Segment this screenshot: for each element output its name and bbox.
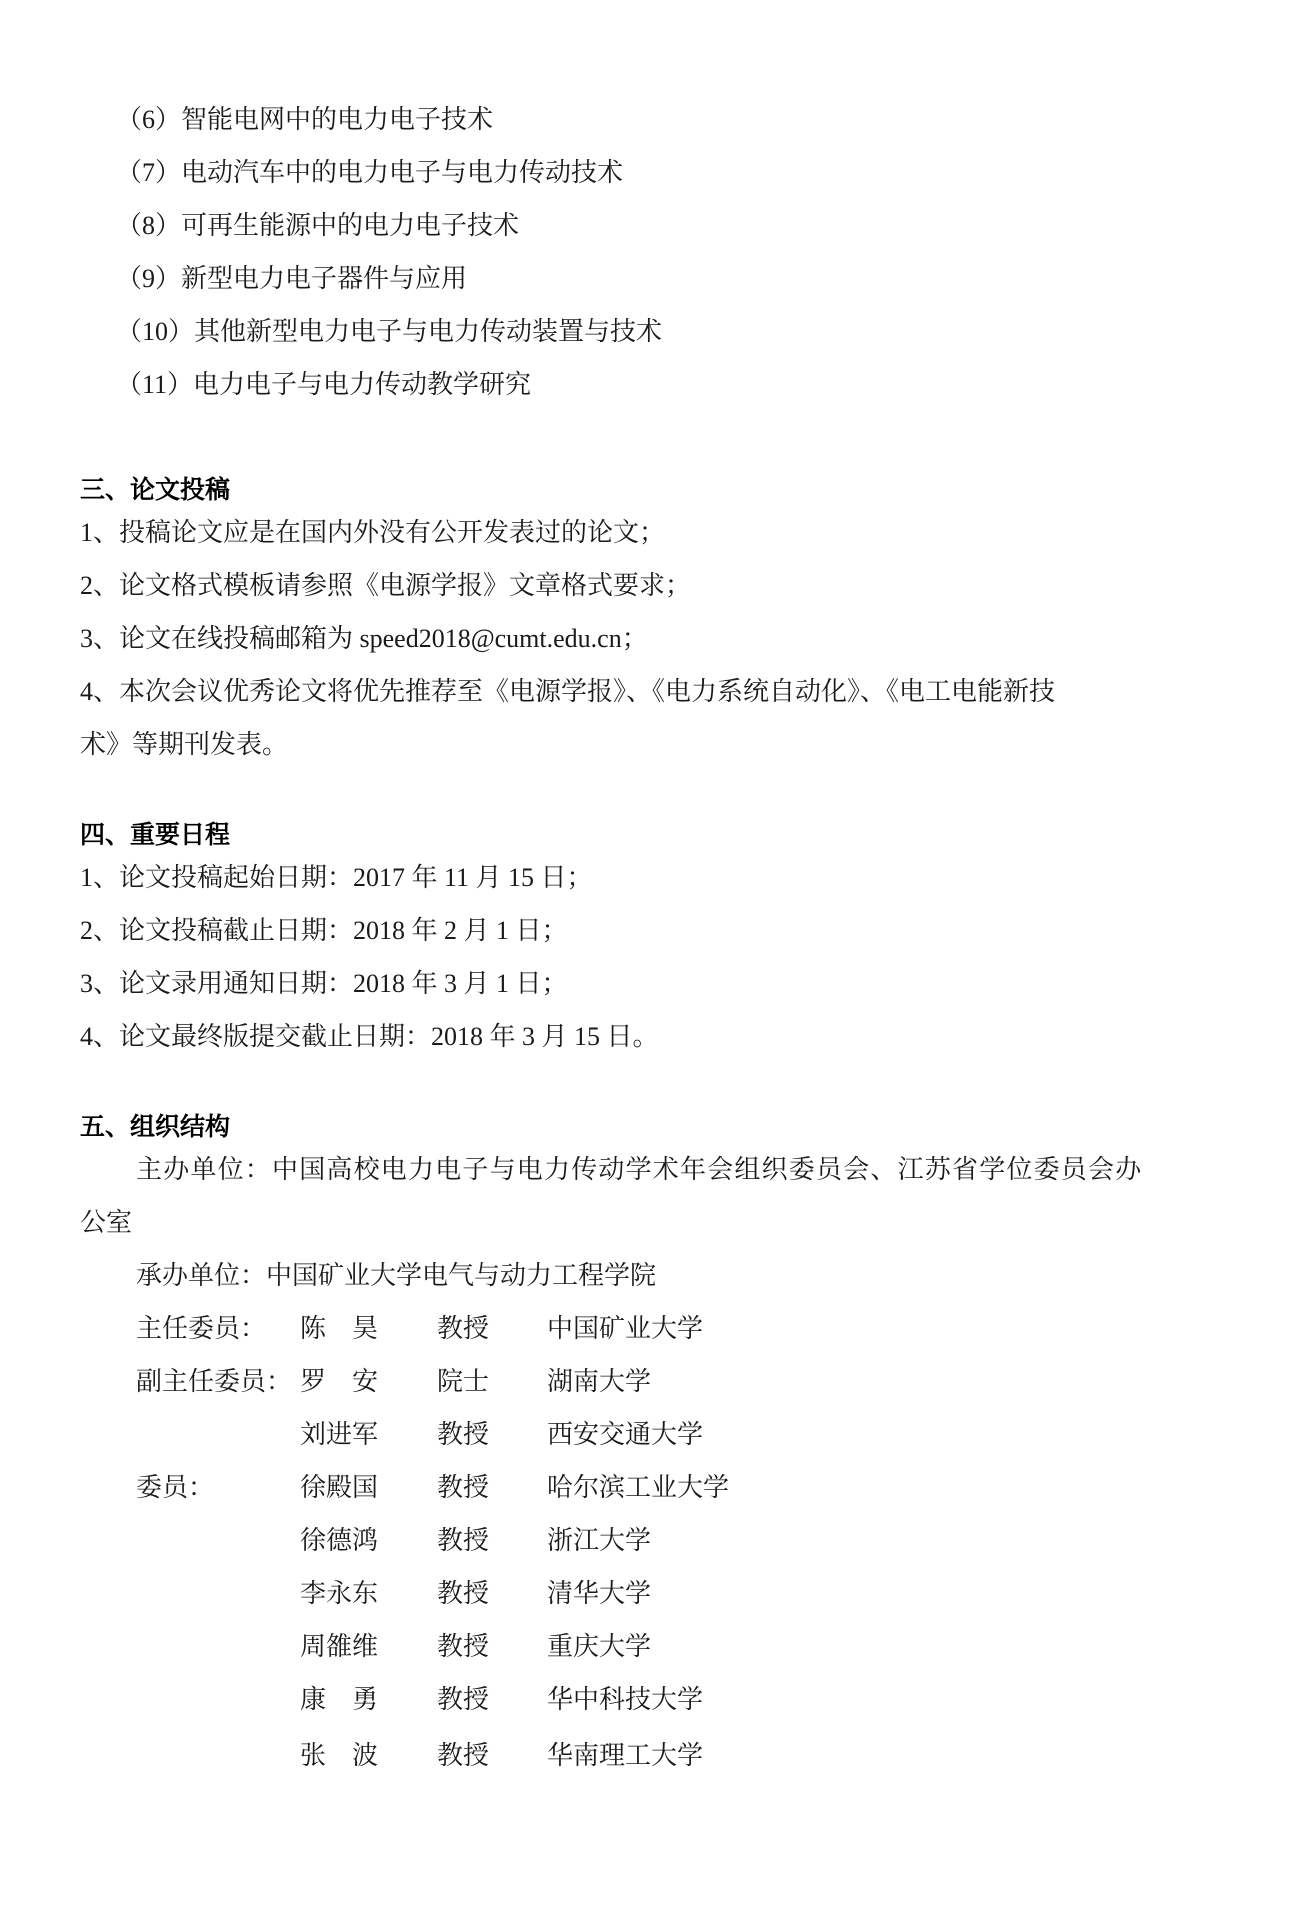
committee-name: 陈 昊 xyxy=(300,1313,378,1345)
section-heading-submission: 三、论文投稿 xyxy=(80,474,230,506)
committee-institution: 哈尔滨工业大学 xyxy=(547,1472,729,1504)
topic-item: （7）电动汽车中的电力电子与电力传动技术 xyxy=(116,157,623,189)
section-heading-organization: 五、组织结构 xyxy=(80,1111,230,1143)
committee-role: 委员： xyxy=(136,1472,214,1504)
committee-role: 主任委员： xyxy=(136,1313,266,1345)
submission-item-continued: 术》等期刊发表。 xyxy=(80,729,288,761)
committee-title: 教授 xyxy=(437,1472,489,1504)
topic-item: （6）智能电网中的电力电子技术 xyxy=(116,104,493,136)
committee-title: 教授 xyxy=(437,1525,489,1557)
section-heading-schedule: 四、重要日程 xyxy=(80,819,230,851)
submission-item: 2、论文格式模板请参照《电源学报》文章格式要求； xyxy=(80,570,691,602)
committee-institution: 华中科技大学 xyxy=(547,1684,703,1716)
committee-title: 教授 xyxy=(437,1631,489,1663)
topic-item: （11）电力电子与电力传动教学研究 xyxy=(116,369,531,401)
committee-name: 徐德鸿 xyxy=(300,1525,378,1557)
committee-institution: 清华大学 xyxy=(547,1578,651,1610)
committee-title: 教授 xyxy=(437,1578,489,1610)
schedule-item: 3、论文录用通知日期：2018 年 3 月 1 日； xyxy=(80,968,568,1000)
committee-institution: 湖南大学 xyxy=(547,1366,651,1398)
host-unit-continued: 公室 xyxy=(80,1207,132,1239)
schedule-item: 4、论文最终版提交截止日期：2018 年 3 月 15 日。 xyxy=(80,1021,659,1053)
committee-institution: 浙江大学 xyxy=(547,1525,651,1557)
committee-name: 徐殿国 xyxy=(300,1472,378,1504)
committee-title: 教授 xyxy=(437,1684,489,1716)
host-unit: 主办单位：中国高校电力电子与电力传动学术年会组织委员会、江苏省学位委员会办 xyxy=(136,1154,1142,1186)
submission-item: 4、本次会议优秀论文将优先推荐至《电源学报》、《电力系统自动化》、《电工电能新技 xyxy=(80,676,1055,708)
committee-title: 院士 xyxy=(437,1366,489,1398)
committee-name: 张 波 xyxy=(300,1740,378,1772)
topic-item: （8）可再生能源中的电力电子技术 xyxy=(116,210,519,242)
committee-institution: 中国矿业大学 xyxy=(547,1313,703,1345)
committee-title: 教授 xyxy=(437,1313,489,1345)
committee-name: 周雒维 xyxy=(300,1631,378,1663)
schedule-item: 1、论文投稿起始日期：2017 年 11 月 15 日； xyxy=(80,862,593,894)
committee-name: 罗 安 xyxy=(300,1366,378,1398)
submission-item: 3、论文在线投稿邮箱为 speed2018@cumt.edu.cn； xyxy=(80,623,648,655)
committee-institution: 西安交通大学 xyxy=(547,1419,703,1451)
committee-institution: 重庆大学 xyxy=(547,1631,651,1663)
committee-role: 副主任委员： xyxy=(136,1366,292,1398)
committee-institution: 华南理工大学 xyxy=(547,1740,703,1772)
committee-title: 教授 xyxy=(437,1419,489,1451)
committee-name: 李永东 xyxy=(300,1578,378,1610)
topic-item: （10）其他新型电力电子与电力传动装置与技术 xyxy=(116,316,662,348)
organizer-unit: 承办单位：中国矿业大学电气与动力工程学院 xyxy=(136,1260,656,1292)
committee-title: 教授 xyxy=(437,1740,489,1772)
committee-name: 刘进军 xyxy=(300,1419,378,1451)
committee-name: 康 勇 xyxy=(300,1684,378,1716)
schedule-item: 2、论文投稿截止日期：2018 年 2 月 1 日； xyxy=(80,915,568,947)
submission-item: 1、投稿论文应是在国内外没有公开发表过的论文； xyxy=(80,517,665,549)
topic-item: （9）新型电力电子器件与应用 xyxy=(116,263,467,295)
